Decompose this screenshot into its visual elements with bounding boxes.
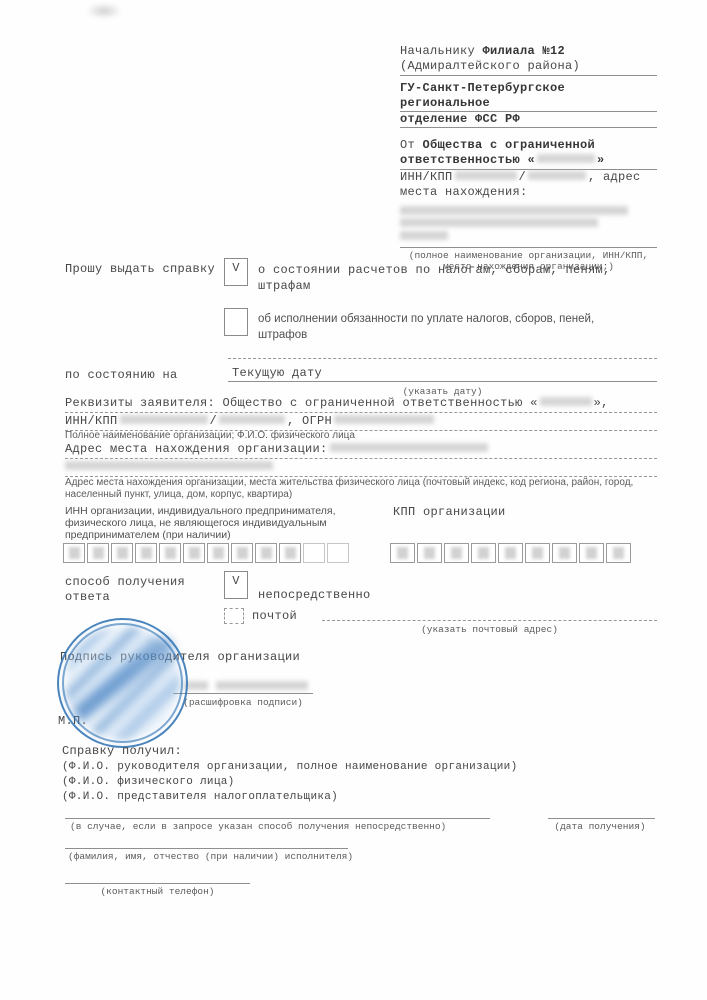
requisites-line2: ИНН/КПП/, ОГРН bbox=[65, 414, 657, 431]
digit-cell[interactable] bbox=[525, 543, 550, 563]
checkbox-delivery-in-person[interactable]: V bbox=[224, 571, 248, 599]
postal-address-hint: (указать почтовый адрес) bbox=[322, 624, 657, 635]
redacted-company-name bbox=[537, 154, 595, 163]
checkbox-delivery-by-mail[interactable] bbox=[224, 608, 244, 624]
redacted-digit bbox=[69, 547, 80, 559]
org-name-line2: отделение ФСС РФ bbox=[400, 112, 657, 128]
to-prefix: Начальнику bbox=[400, 44, 475, 58]
recipient-block: Начальнику Филиала №12 (Адмиралтейского … bbox=[400, 44, 657, 272]
digit-cell[interactable] bbox=[471, 543, 496, 563]
digit-cell[interactable] bbox=[552, 543, 577, 563]
digit-cell[interactable] bbox=[207, 543, 229, 563]
option2-line1: об исполнении обязанности по уплате нало… bbox=[258, 311, 668, 327]
redacted-kpp bbox=[528, 171, 586, 180]
redacted-digit bbox=[424, 547, 435, 559]
scan-smudge bbox=[86, 3, 122, 19]
redacted-digit bbox=[451, 547, 462, 559]
digit-cell[interactable] bbox=[255, 543, 277, 563]
stamp-diagonal-streak bbox=[73, 635, 176, 720]
redacted-address-line1 bbox=[400, 206, 628, 215]
from-company-quote: » bbox=[597, 153, 605, 167]
as-of-label: по состоянию на bbox=[65, 368, 178, 383]
requisites-hint1: Полное наименование организации; Ф.И.О. … bbox=[65, 430, 355, 441]
recipient-line2: (Адмиралтейского района) bbox=[400, 59, 657, 76]
kpp-boxes-label: КПП организации bbox=[393, 505, 506, 520]
requisites-quote: », bbox=[594, 396, 609, 410]
checkbox-status-of-settlements[interactable]: V bbox=[224, 258, 248, 286]
received-hint-right: (дата получения) bbox=[540, 821, 660, 832]
inn-label-line2: физического лица, не являющегося индивид… bbox=[65, 517, 385, 529]
delivery-label: способ получения ответа bbox=[65, 575, 185, 605]
kpp-digit-cells[interactable] bbox=[390, 543, 631, 563]
empty-field-line[interactable] bbox=[228, 348, 657, 359]
executor-hint: (фамилия, имя, отчество (при наличии) ис… bbox=[68, 851, 388, 862]
signature-hint: (расшифровка подписи) bbox=[173, 697, 313, 708]
inn-boxes-label: ИНН организации, индивидуального предпри… bbox=[65, 505, 385, 541]
header-address-label: места нахождения: bbox=[400, 185, 657, 200]
redacted-digit bbox=[141, 547, 152, 559]
digit-cell[interactable] bbox=[498, 543, 523, 563]
digit-cell[interactable] bbox=[303, 543, 325, 563]
branch-number: Филиала №12 bbox=[483, 44, 566, 58]
redacted-digit bbox=[613, 547, 624, 559]
requisites-separator: / bbox=[210, 414, 218, 428]
contact-phone-line[interactable] bbox=[65, 873, 250, 884]
redacted-inn2 bbox=[120, 415, 208, 424]
as-of-date-field[interactable]: Текущую дату bbox=[228, 366, 657, 382]
stamp-place-label: М.П. bbox=[58, 714, 88, 729]
digit-cell[interactable] bbox=[606, 543, 631, 563]
from-company-line1: Общества с ограниченной bbox=[423, 138, 596, 152]
redacted-digit bbox=[165, 547, 176, 559]
digit-cell[interactable] bbox=[183, 543, 205, 563]
digit-cell[interactable] bbox=[111, 543, 133, 563]
signature-title: Подпись руководителя организации bbox=[60, 650, 300, 665]
delivery-label-line2: ответа bbox=[65, 590, 185, 605]
scanned-application-form: { "header": { "to_prefix": "Начальнику",… bbox=[0, 0, 707, 1000]
request-label: Прошу выдать справку bbox=[65, 262, 215, 277]
received-line3: (Ф.И.О. представителя налогоплательщика) bbox=[62, 790, 657, 805]
redacted-digit bbox=[237, 547, 248, 559]
option1-line2: штрафам bbox=[258, 278, 663, 294]
digit-cell[interactable] bbox=[579, 543, 604, 563]
redacted-address-line2 bbox=[400, 218, 598, 227]
received-fio-lines: (Ф.И.О. руководителя организации, полное… bbox=[62, 760, 657, 805]
redacted-inn bbox=[455, 171, 517, 180]
redacted-org-address2 bbox=[65, 461, 273, 470]
inn-label-line1: ИНН организации, индивидуального предпри… bbox=[65, 505, 385, 517]
redacted-org-address1 bbox=[330, 443, 488, 452]
org-address-line2 bbox=[65, 460, 657, 477]
org-address-line1: Адрес места нахождения организации: bbox=[65, 442, 657, 459]
digit-cell[interactable] bbox=[87, 543, 109, 563]
digit-cell[interactable] bbox=[390, 543, 415, 563]
from-prefix: От bbox=[400, 138, 415, 152]
requisites-inn-label: ИНН/КПП bbox=[65, 414, 118, 428]
redacted-digit bbox=[478, 547, 489, 559]
from-company-line2: ответственностью « bbox=[400, 153, 535, 167]
redacted-digit bbox=[213, 547, 224, 559]
inn-kpp-label: ИНН/КПП bbox=[400, 170, 453, 184]
inn-kpp-separator: / bbox=[519, 170, 527, 184]
redacted-digit bbox=[532, 547, 543, 559]
check-mark: V bbox=[232, 574, 240, 588]
received-date-line[interactable] bbox=[548, 808, 655, 819]
redacted-digit bbox=[397, 547, 408, 559]
received-line1: (Ф.И.О. руководителя организации, полное… bbox=[62, 760, 657, 775]
redacted-company-name2 bbox=[540, 397, 592, 406]
requisites-text: Реквизиты заявителя: Общество с ограниче… bbox=[65, 396, 538, 410]
from-line1: От Общества с ограниченной bbox=[400, 138, 657, 153]
digit-cell[interactable] bbox=[327, 543, 349, 563]
redacted-digit bbox=[117, 547, 128, 559]
received-title: Справку получил: bbox=[62, 744, 182, 759]
from-line2: ответственностью «» bbox=[400, 153, 657, 170]
redacted-digit bbox=[261, 547, 272, 559]
redacted-kpp2 bbox=[219, 415, 285, 424]
digit-cell[interactable] bbox=[279, 543, 301, 563]
digit-cell[interactable] bbox=[135, 543, 157, 563]
requisites-line1: Реквизиты заявителя: Общество с ограниче… bbox=[65, 396, 657, 413]
received-signature-line[interactable] bbox=[65, 808, 490, 819]
org-address-hint: Адрес места нахождения организации, мест… bbox=[65, 477, 657, 501]
checkbox-fulfillment-of-obligation[interactable] bbox=[224, 308, 248, 336]
delivery-option-in-person: непосредственно bbox=[258, 588, 371, 603]
redacted-digit bbox=[93, 547, 104, 559]
redacted-digit bbox=[559, 547, 570, 559]
inn-digit-cells[interactable] bbox=[63, 543, 349, 563]
redacted-digit bbox=[505, 547, 516, 559]
org-address-label: Адрес места нахождения организации: bbox=[65, 442, 328, 456]
inn-suffix: , адрес bbox=[588, 170, 641, 184]
redacted-digit bbox=[285, 547, 296, 559]
redacted-digit bbox=[189, 547, 200, 559]
received-line2: (Ф.И.О. физического лица) bbox=[62, 775, 657, 790]
header-inn-line: ИНН/КПП/, адрес bbox=[400, 170, 657, 185]
digit-cell[interactable] bbox=[444, 543, 469, 563]
digit-cell[interactable] bbox=[159, 543, 181, 563]
request-option1: о состоянии расчетов по налогам, сборам,… bbox=[258, 262, 663, 294]
postal-address-field[interactable] bbox=[322, 610, 657, 621]
delivery-label-line1: способ получения bbox=[65, 575, 185, 590]
received-hint-left: (в случае, если в запросе указан способ … bbox=[70, 821, 495, 832]
digit-cell[interactable] bbox=[417, 543, 442, 563]
signature-line[interactable] bbox=[173, 683, 313, 694]
digit-cell[interactable] bbox=[231, 543, 253, 563]
request-option2: об исполнении обязанности по уплате нало… bbox=[258, 311, 668, 343]
redacted-address-line3 bbox=[400, 231, 448, 240]
executor-name-line[interactable] bbox=[65, 838, 348, 849]
ogrn-label: , ОГРН bbox=[287, 414, 332, 428]
inn-label-line3: предпринимателем (при наличии) bbox=[65, 529, 385, 541]
redacted-ogrn bbox=[334, 415, 434, 424]
header-hint1: (полное наименование организации, ИНН/КП… bbox=[400, 250, 657, 261]
check-mark: V bbox=[232, 261, 240, 275]
delivery-option-by-mail: почтой bbox=[252, 609, 297, 624]
option1-line1: о состоянии расчетов по налогам, сборам,… bbox=[258, 262, 663, 278]
contact-phone-hint: (контактный телефон) bbox=[65, 886, 250, 897]
recipient-line1: Начальнику Филиала №12 bbox=[400, 44, 657, 59]
digit-cell[interactable] bbox=[63, 543, 85, 563]
org-name-line1: ГУ-Санкт-Петербургское региональное bbox=[400, 81, 657, 112]
option2-line2: штрафов bbox=[258, 327, 668, 343]
redacted-digit bbox=[586, 547, 597, 559]
